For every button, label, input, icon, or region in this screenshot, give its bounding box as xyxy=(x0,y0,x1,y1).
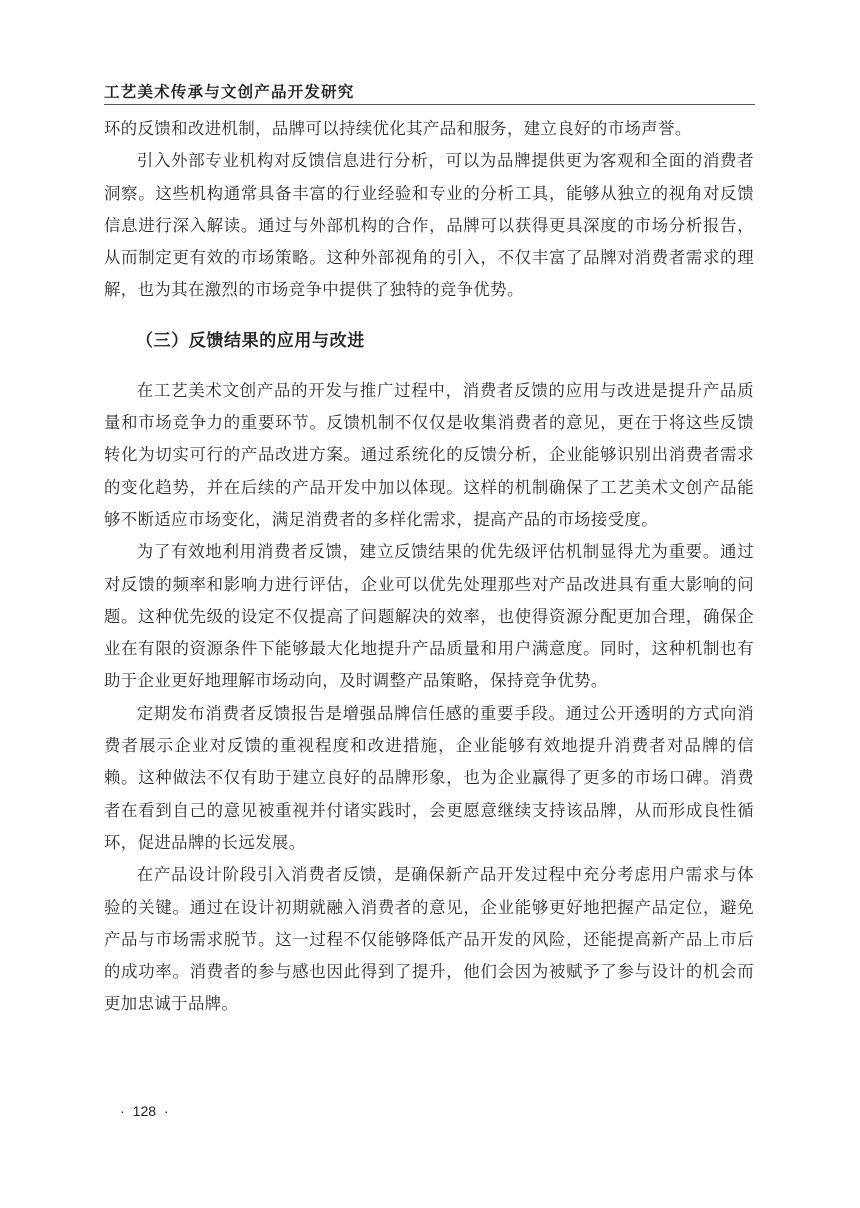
paragraph-continued: 环的反馈和改进机制，品牌可以持续优化其产品和服务，建立良好的市场声誉。 xyxy=(104,113,754,145)
page-number-dot-right: · xyxy=(164,1103,169,1119)
header-divider xyxy=(104,104,755,105)
paragraph: 定期发布消费者反馈报告是增强品牌信任感的重要手段。通过公开透明的方式向消费者展示… xyxy=(104,698,754,859)
section-heading: （三）反馈结果的应用与改进 xyxy=(104,325,754,357)
page-number-value: 128 xyxy=(133,1103,156,1119)
paragraph: 为了有效地利用消费者反馈，建立反馈结果的优先级评估机制显得尤为重要。通过对反馈的… xyxy=(104,536,754,697)
page-number-dot-left: · xyxy=(120,1103,125,1119)
paragraph-external-analysis: 引入外部专业机构对反馈信息进行分析，可以为品牌提供更为客观和全面的消费者洞察。这… xyxy=(104,145,754,306)
page-number: ·128· xyxy=(112,1103,177,1119)
page-body: 环的反馈和改进机制，品牌可以持续优化其产品和服务，建立良好的市场声誉。 引入外部… xyxy=(104,113,754,1021)
running-header-title: 工艺美术传承与文创产品开发研究 xyxy=(104,80,355,102)
paragraph: 在产品设计阶段引入消费者反馈，是确保新产品开发过程中充分考虑用户需求与体验的关键… xyxy=(104,859,754,1020)
paragraph: 在工艺美术文创产品的开发与推广过程中，消费者反馈的应用与改进是提升产品质量和市场… xyxy=(104,375,754,536)
